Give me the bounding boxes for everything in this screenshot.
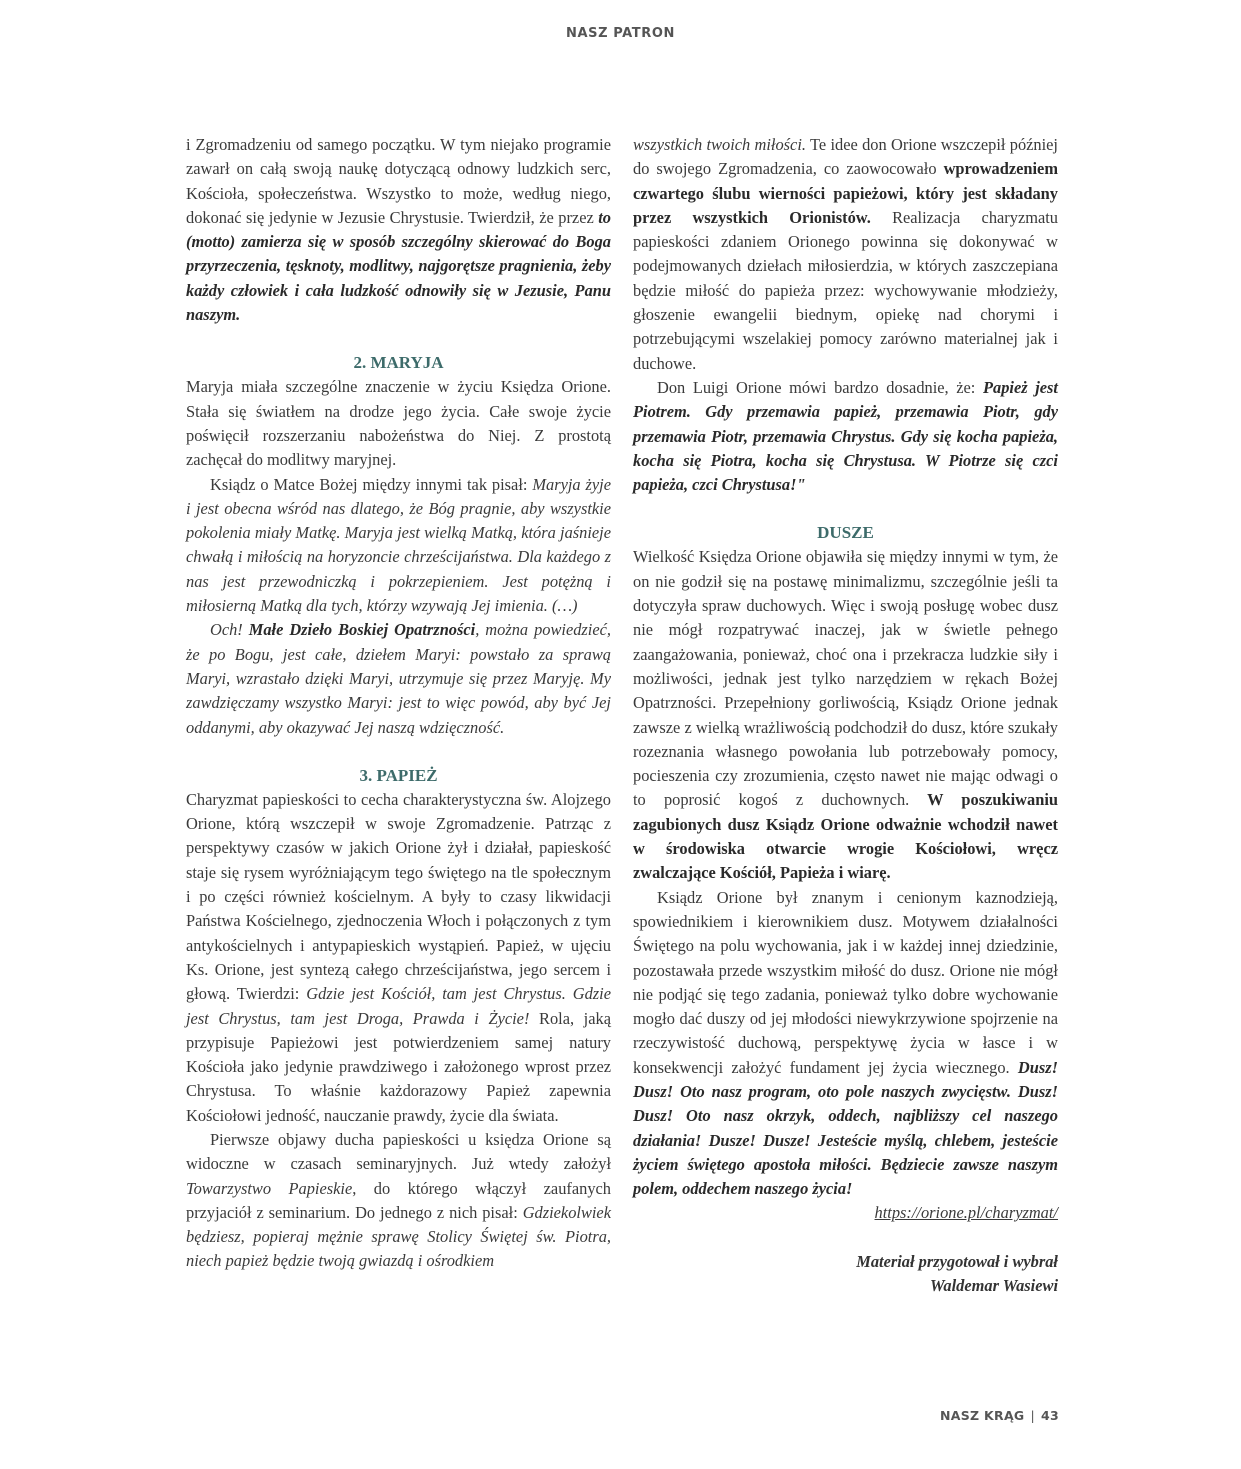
section-heading-papiez: 3. PAPIEŻ [186,764,611,788]
section-heading-dusze: DUSZE [633,521,1058,545]
maryja-p3-a: Och! [210,620,249,639]
credits: Materiał przygotował i wybrał Waldemar W… [633,1250,1058,1298]
section-heading-maryja: 2. MARYJA [186,351,611,375]
maryja-paragraph-1: Maryja miała szczególne znaczenie w życi… [186,375,611,472]
papiez-p2-a: Pierwsze objawy ducha papieskości u księ… [186,1130,611,1173]
maryja-p3-bold: Małe Dzieło Boskiej Opatrzności [249,620,475,639]
dusze-paragraph-2: Ksiądz Orione był znanym i cenionym kazn… [633,886,1058,1202]
papiez-p2-italic-a: Towarzystwo Papieskie [186,1179,352,1198]
quote-intro: Don Luigi Orione mówi bardzo dosadnie, ż… [657,378,983,397]
page-footer: NASZ KRĄG|43 [940,1408,1059,1423]
dusze-p2-text: Ksiądz Orione był znanym i cenionym kazn… [633,888,1058,1077]
credits-line-1: Materiał przygotował i wybrał [633,1250,1058,1274]
source-link[interactable]: https://orione.pl/charyzmat/ [633,1201,1058,1225]
maryja-p2-text: Ksiądz o Matce Bożej między innymi tak p… [210,475,532,494]
right-column: wszystkich twoich miłości. Te idee don O… [633,133,1058,1298]
page-number: 43 [1041,1408,1059,1423]
magazine-name: NASZ KRĄG [940,1408,1025,1423]
dusze-paragraph-1: Wielkość Księdza Orione objawiła się mię… [633,545,1058,885]
papiez-p1-text: Charyzmat papieskości to cecha charakter… [186,790,611,1003]
maryja-paragraph-2: Ksiądz o Matce Bożej między innymi tak p… [186,473,611,619]
footer-separator: | [1030,1408,1035,1423]
papiez-paragraph-1: Charyzmat papieskości to cecha charakter… [186,788,611,1128]
intro-paragraph: i Zgromadzeniu od samego początku. W tym… [186,133,611,327]
continuation-paragraph: wszystkich twoich miłości. Te idee don O… [633,133,1058,376]
maryja-p2-quote: Maryja żyje i jest obecna wśród nas dlat… [186,475,611,615]
left-column: i Zgromadzeniu od samego początku. W tym… [186,133,611,1274]
papiez-paragraph-2: Pierwsze objawy ducha papieskości u księ… [186,1128,611,1274]
credits-author: Waldemar Wasiewi [633,1274,1058,1298]
continuation-italic: wszystkich twoich miłości. [633,135,806,154]
running-head: NASZ PATRON [0,26,1241,41]
maryja-paragraph-3: Och! Małe Dzieło Boskiej Opatrzności, mo… [186,618,611,739]
dusze-p1-text: Wielkość Księdza Orione objawiła się mię… [633,547,1058,809]
intro-text: i Zgromadzeniu od samego początku. W tym… [186,135,611,227]
quote-paragraph: Don Luigi Orione mówi bardzo dosadnie, ż… [633,376,1058,497]
dusze-p2-quote: Dusz! Dusz! Oto nasz program, oto pole n… [633,1058,1058,1198]
continuation-text-b: Realizacja charyzmatu papieskości zdanie… [633,208,1058,373]
